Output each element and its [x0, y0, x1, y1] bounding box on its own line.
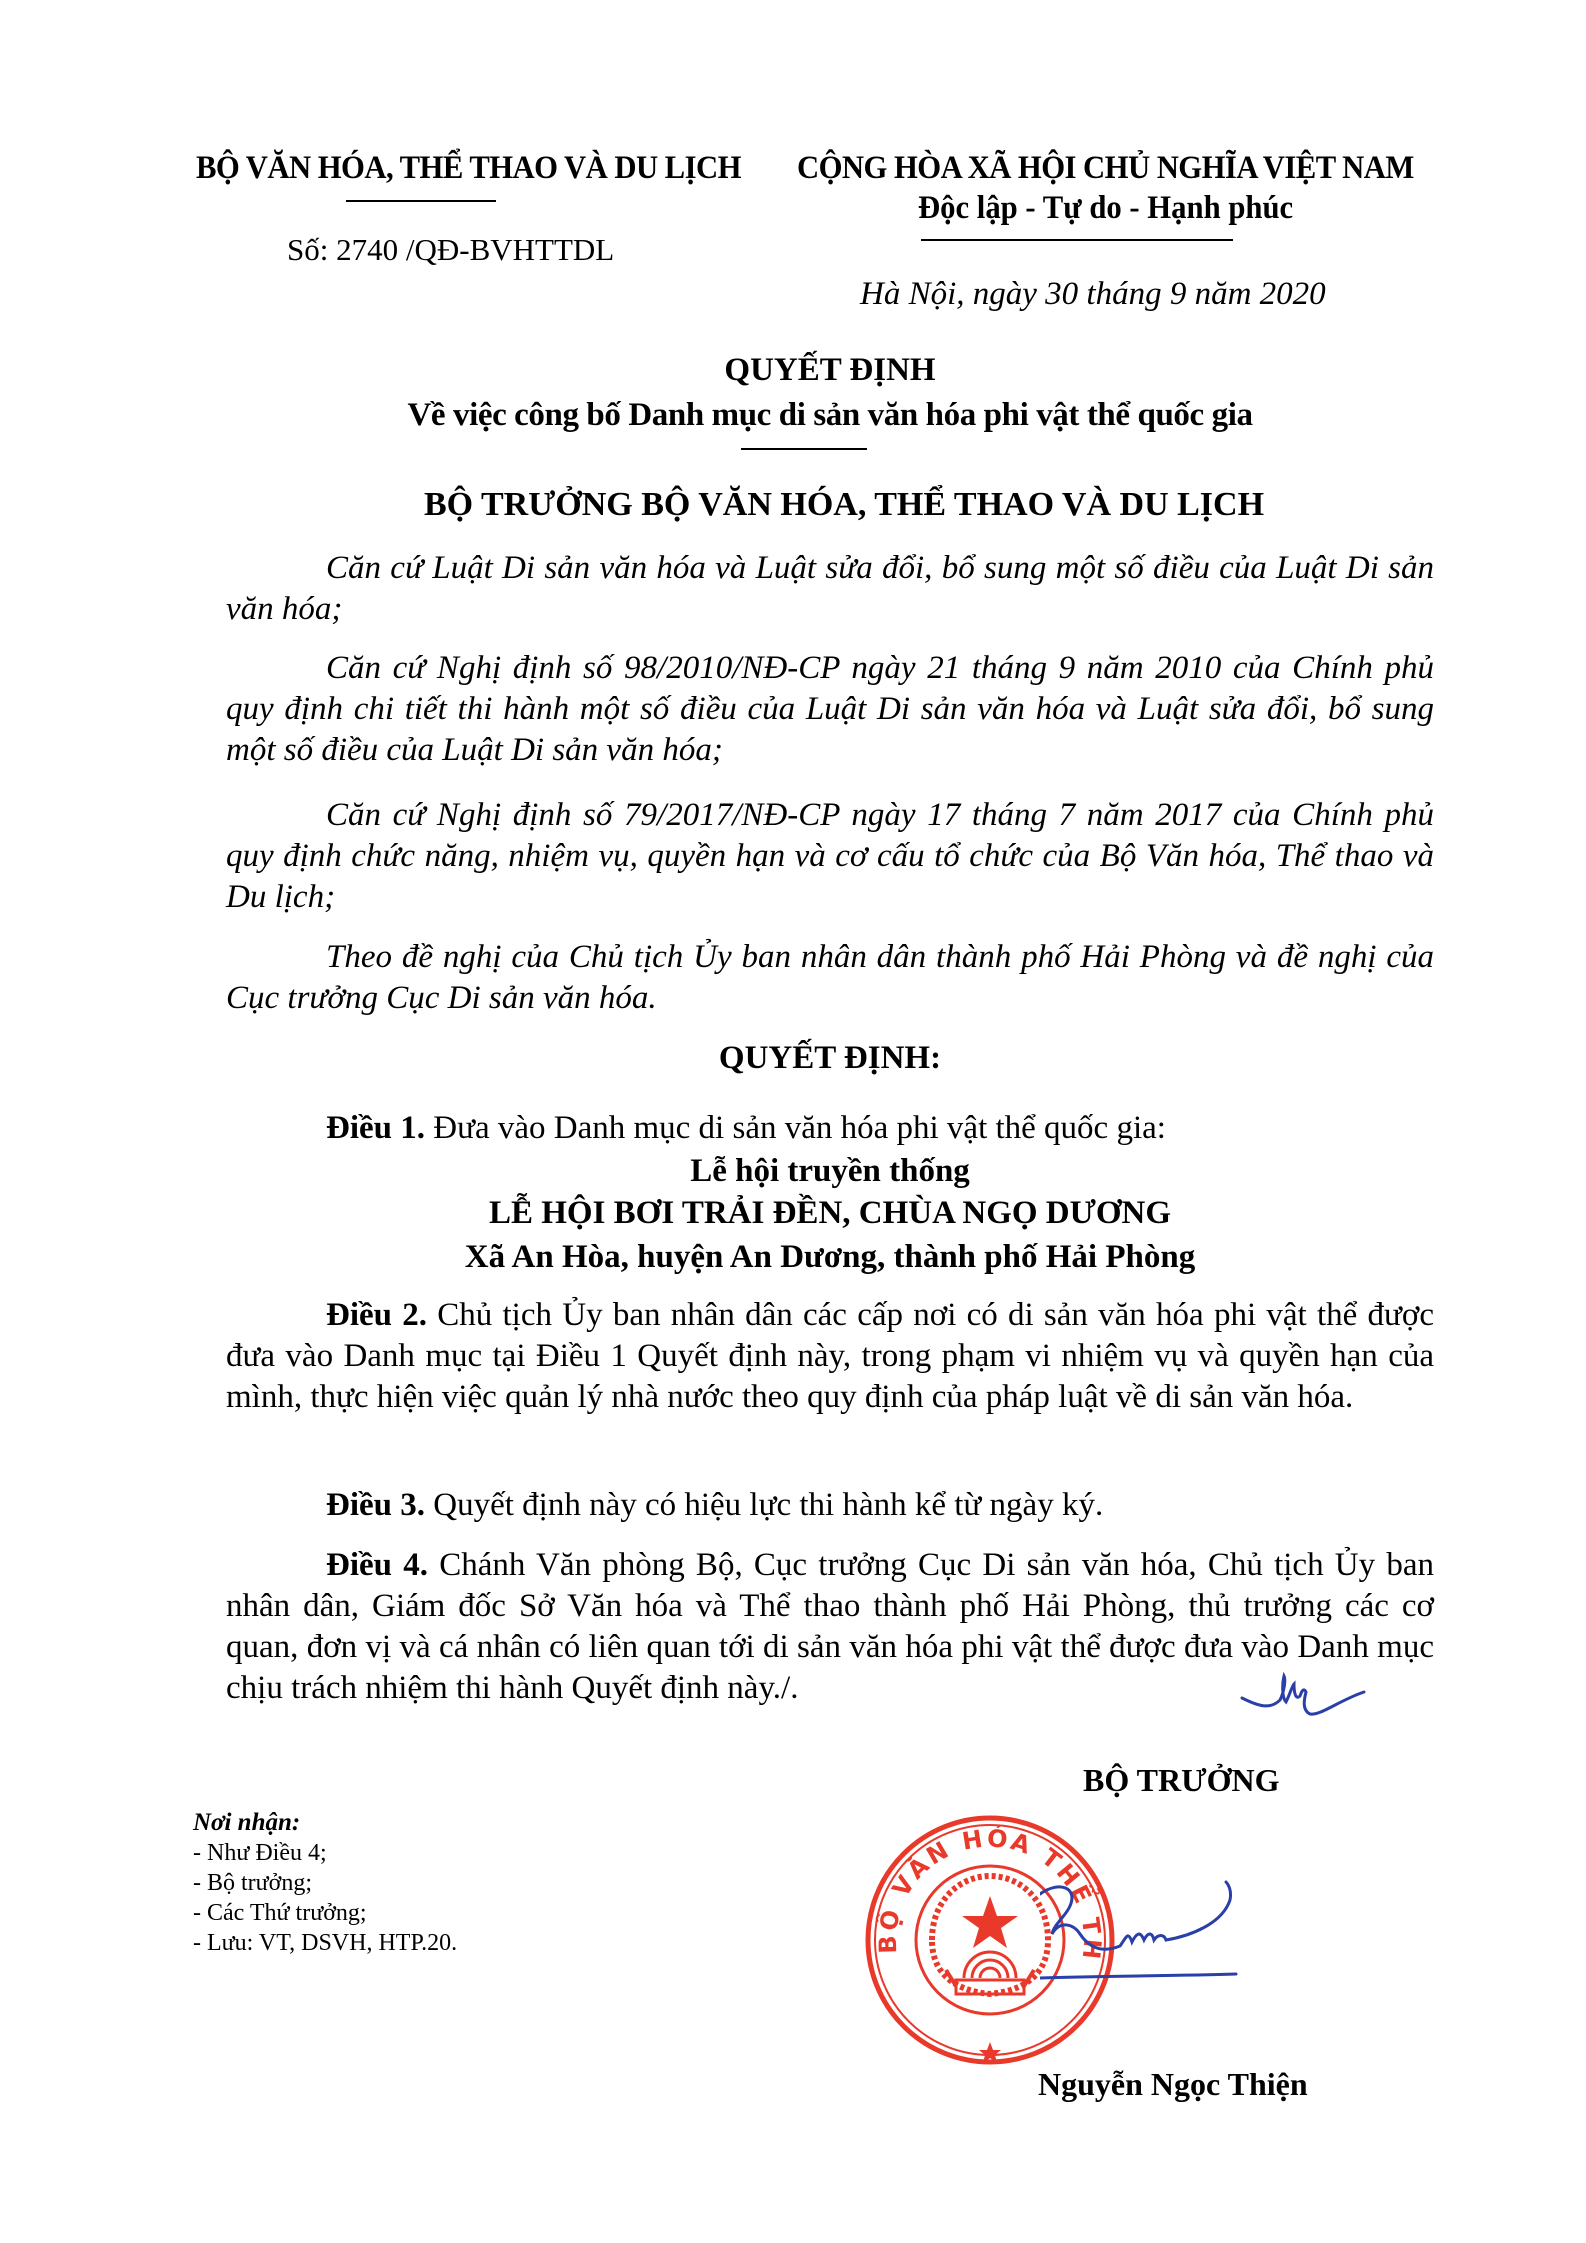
preamble-paragraph-1: Căn cứ Luật Di sản văn hóa và Luật sửa đ…: [226, 548, 1434, 630]
recipients-label: Nơi nhận:: [193, 1808, 457, 1838]
article-1-text: Đưa vào Danh mục di sản văn hóa phi vật …: [425, 1110, 1166, 1146]
subject-underline: [741, 448, 867, 450]
handwritten-signature-icon: [1040, 1880, 1250, 1990]
preamble-paragraph-4: Theo đề nghị của Chủ tịch Ủy ban nhân dâ…: [226, 937, 1434, 1019]
article-4-label: Điều 4.: [326, 1547, 428, 1583]
article-3-text: Quyết định này có hiệu lực thi hành kể t…: [425, 1487, 1103, 1523]
initial-signature-icon: [1240, 1670, 1370, 1730]
ministry-underline: [346, 200, 496, 202]
ministry-name: BỘ VĂN HÓA, THỂ THAO VÀ DU LỊCH: [196, 150, 741, 187]
article-2: Điều 2. Chủ tịch Ủy ban nhân dân các cấp…: [226, 1295, 1434, 1418]
signatory-name: Nguyễn Ngọc Thiện: [1038, 2066, 1308, 2103]
place-date: Hà Nội, ngày 30 tháng 9 năm 2020: [860, 276, 1326, 313]
signatory-title: BỘ TRƯỞNG: [1083, 1762, 1279, 1799]
article-1-label: Điều 1.: [326, 1110, 425, 1146]
recipient-item: - Các Thứ trưởng;: [193, 1898, 457, 1928]
heritage-name: LỄ HỘI BƠI TRẢI ĐỀN, CHÙA NGỌ DƯƠNG: [226, 1195, 1434, 1232]
article-3: Điều 3. Quyết định này có hiệu lực thi h…: [226, 1485, 1434, 1526]
decision-heading: QUYẾT ĐỊNH:: [226, 1040, 1434, 1077]
article-2-label: Điều 2.: [326, 1297, 427, 1333]
preamble-paragraph-3: Căn cứ Nghị định số 79/2017/NĐ-CP ngày 1…: [226, 795, 1434, 918]
issuing-authority: BỘ TRƯỞNG BỘ VĂN HÓA, THỂ THAO VÀ DU LỊC…: [240, 486, 1448, 524]
heritage-location: Xã An Hòa, huyện An Dương, thành phố Hải…: [226, 1239, 1434, 1276]
recipient-item: - Lưu: VT, DSVH, HTP.20.: [193, 1928, 457, 1958]
article-3-label: Điều 3.: [326, 1487, 425, 1523]
article-1: Điều 1. Đưa vào Danh mục di sản văn hóa …: [226, 1108, 1434, 1149]
document-subject: Về việc công bố Danh mục di sản văn hóa …: [226, 397, 1434, 434]
country-name: CỘNG HÒA XÃ HỘI CHỦ NGHĨA VIỆT NAM: [797, 150, 1414, 187]
heritage-category: Lễ hội truyền thống: [226, 1153, 1434, 1190]
national-motto: Độc lập - Tự do - Hạnh phúc: [918, 190, 1293, 227]
document-number: Số: 2740 /QĐ-BVHTTDL: [287, 232, 614, 268]
recipients-block: Nơi nhận: - Như Điều 4; - Bộ trưởng; - C…: [193, 1808, 457, 1958]
motto-underline: [921, 239, 1233, 241]
document-type-heading: QUYẾT ĐỊNH: [226, 352, 1434, 389]
recipient-item: - Như Điều 4;: [193, 1838, 457, 1868]
recipient-item: - Bộ trưởng;: [193, 1868, 457, 1898]
preamble-paragraph-2: Căn cứ Nghị định số 98/2010/NĐ-CP ngày 2…: [226, 648, 1434, 771]
